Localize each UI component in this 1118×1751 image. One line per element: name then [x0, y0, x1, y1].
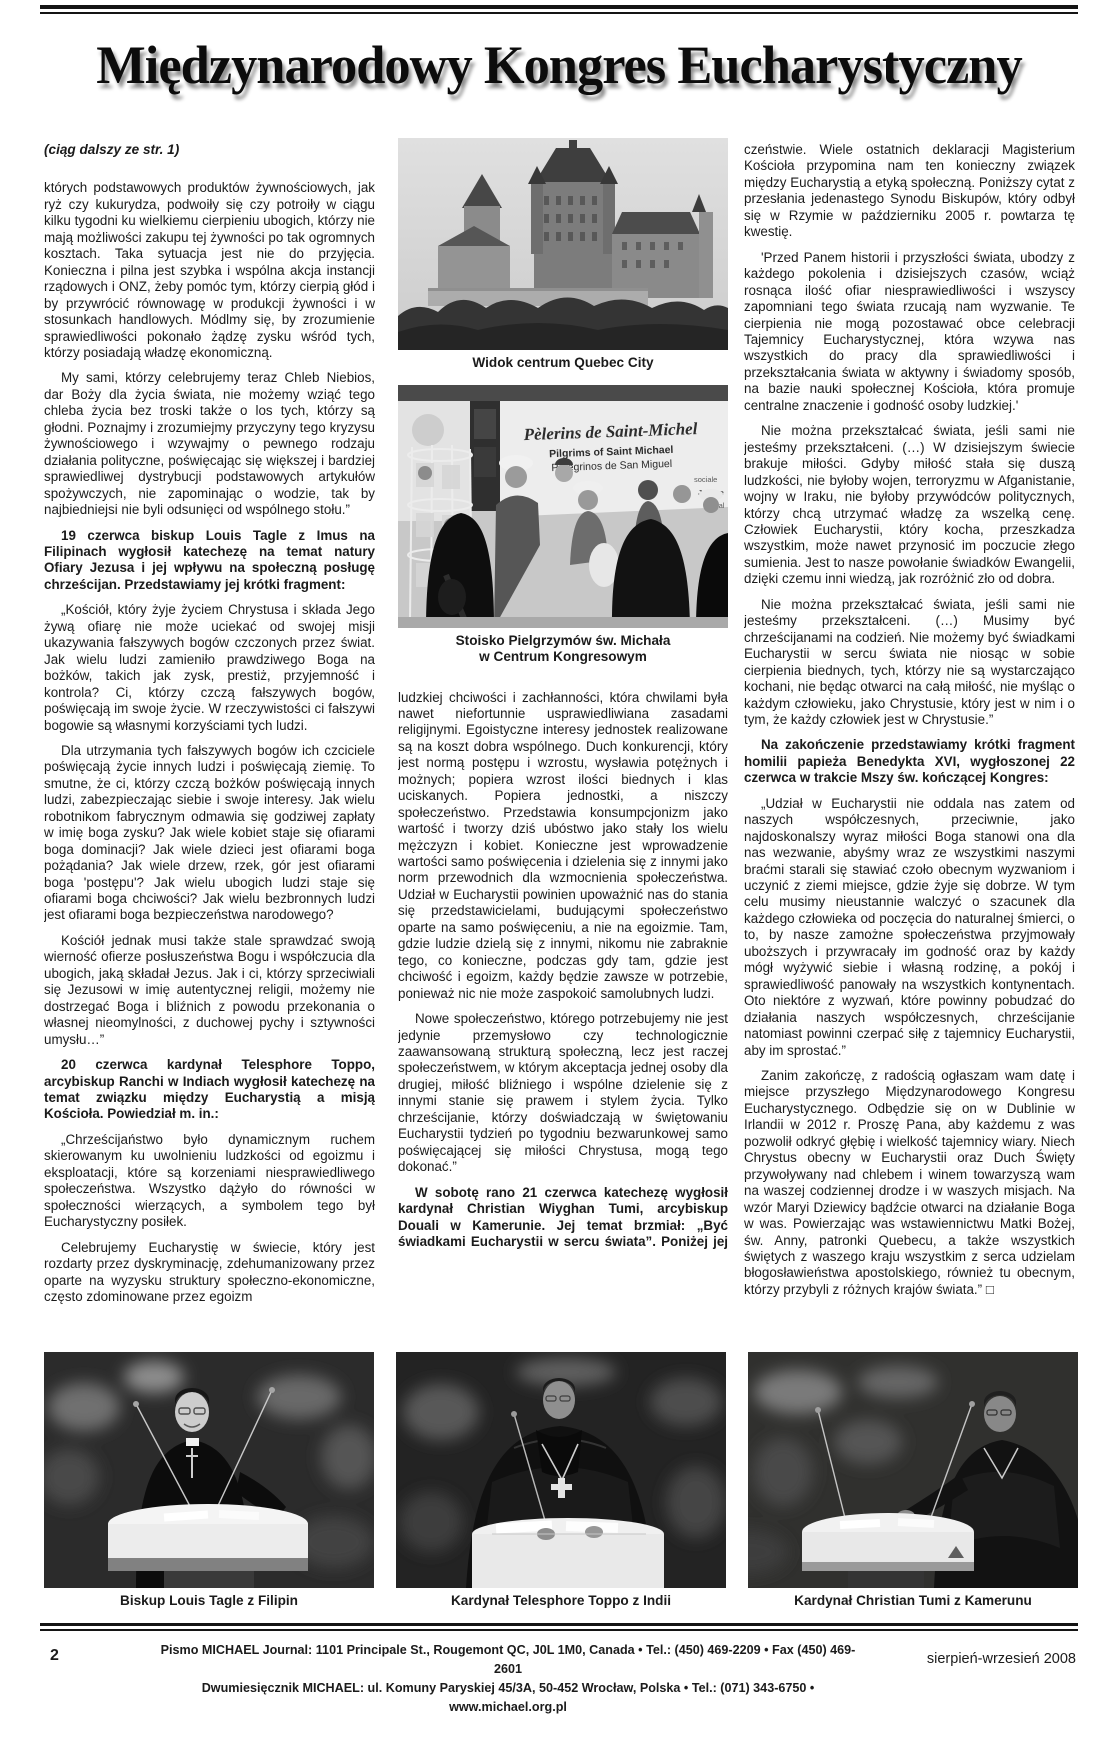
paragraph: W sobotę rano 21 czerwca katechezę wygło… — [398, 1185, 728, 1250]
bishop-tagle-photo — [44, 1352, 374, 1588]
paragraph: Dla utrzymania tych fałszywych bogów ich… — [44, 743, 375, 924]
footer-rule-thick — [40, 1623, 1078, 1626]
paragraph: Celebrujemy Eucharystię w świecie, który… — [44, 1240, 375, 1306]
figure-cardinal-tumi: Kardynał Christian Tumi z Kamerunu — [748, 1352, 1078, 1610]
quebec-city-photo — [398, 138, 728, 350]
paragraph: Kościół jednak musi także stale sprawdza… — [44, 933, 375, 1048]
photo-caption-tagle: Biskup Louis Tagle z Filipin — [44, 1593, 374, 1610]
photo-caption-booth: Stoisko Pielgrzymów św. Michała w Centru… — [398, 633, 728, 666]
paragraph: Nowe społeczeństwo, którego potrzebujemy… — [398, 1011, 728, 1176]
figure-cardinal-toppo: Kardynał Telesphore Toppo z Indii — [396, 1352, 726, 1610]
article-column-2-text: ludzkiej chciwości i zachłanności, która… — [398, 690, 728, 1250]
figure-bishop-tagle: Biskup Louis Tagle z Filipin — [44, 1352, 374, 1610]
imprint-line-canada: Pismo MICHAEL Journal: 1101 Principale S… — [150, 1641, 866, 1679]
figure-congress-booth: Pèlerins de Saint-Michel Pilgrims of Sai… — [398, 385, 728, 666]
paragraph: 20 czerwca kardynał Telesphore Toppo, ar… — [44, 1057, 375, 1123]
paragraph: których podstawowych produktów żywnościo… — [44, 180, 375, 361]
imprint-line-poland: Dwumiesięcznik MICHAEL: ul. Komuny Parys… — [150, 1679, 866, 1717]
paragraph: Zanim zakończę, z radością ogłaszam wam … — [744, 1068, 1075, 1298]
paragraph: 19 czerwca biskup Louis Tagle z Imus na … — [44, 528, 375, 594]
cardinal-tumi-photo — [748, 1352, 1078, 1588]
paragraph: 'Przed Panem historii i przyszłości świa… — [744, 250, 1075, 415]
paragraph: ludzkiej chciwości i zachłanności, która… — [398, 690, 728, 1003]
booth-caption-line2: w Centrum Kongresowym — [398, 649, 728, 666]
top-rule-thick — [40, 5, 1078, 9]
imprint: Pismo MICHAEL Journal: 1101 Principale S… — [150, 1641, 866, 1717]
paragraph: (ciąg dalszy ze str. 1) — [44, 142, 375, 158]
paragraph: „Udział w Eucharystii nie oddala nas zat… — [744, 796, 1075, 1059]
paragraph: „Chrześcijaństwo było dynamicznym ruchem… — [44, 1132, 375, 1231]
booth-banner-word-sociale: sociale — [694, 475, 717, 484]
paragraph: Nie można przekształcać świata, jeśli sa… — [744, 597, 1075, 729]
top-rule-thin — [40, 12, 1078, 14]
issue-date: sierpień-wrzesień 2008 — [927, 1651, 1076, 1667]
congress-booth-photo: Pèlerins de Saint-Michel Pilgrims of Sai… — [398, 385, 728, 628]
photo-caption-quebec: Widok centrum Quebec City — [398, 355, 728, 372]
photo-caption-tumi: Kardynał Christian Tumi z Kamerunu — [748, 1593, 1078, 1610]
paragraph: „Kościół, który żyje życiem Chrystusa i … — [44, 602, 375, 734]
article-column-3: czeństwie. Wiele ostatnich deklaracji Ma… — [744, 142, 1075, 1348]
newspaper-page: Międzynarodowy Kongres Eucharystyczny (c… — [0, 0, 1118, 1751]
article-column-2: Widok centrum Quebec City Pèlerins de Sa… — [398, 132, 728, 1348]
paragraph: Na zakończenie przedstawiamy krótki frag… — [744, 737, 1075, 786]
bottom-photo-strip: Biskup Louis Tagle z Filipin — [44, 1352, 1078, 1610]
photo-caption-toppo: Kardynał Telesphore Toppo z Indii — [396, 1593, 726, 1610]
cardinal-toppo-photo — [396, 1352, 726, 1588]
paragraph: czeństwie. Wiele ostatnich deklaracji Ma… — [744, 142, 1075, 241]
paragraph: Nie można przekształcać świata, jeśli sa… — [744, 423, 1075, 588]
page-number: 2 — [50, 1647, 59, 1665]
page-title: Międzynarodowy Kongres Eucharystyczny — [17, 34, 1101, 96]
paragraph: My sami, którzy celebrujemy teraz Chleb … — [44, 370, 375, 518]
article-column-1: (ciąg dalszy ze str. 1)których podstawow… — [44, 142, 375, 1348]
figure-quebec-city: Widok centrum Quebec City — [398, 138, 728, 372]
footer-rule-thin — [40, 1629, 1078, 1631]
booth-caption-line1: Stoisko Pielgrzymów św. Michała — [398, 633, 728, 650]
